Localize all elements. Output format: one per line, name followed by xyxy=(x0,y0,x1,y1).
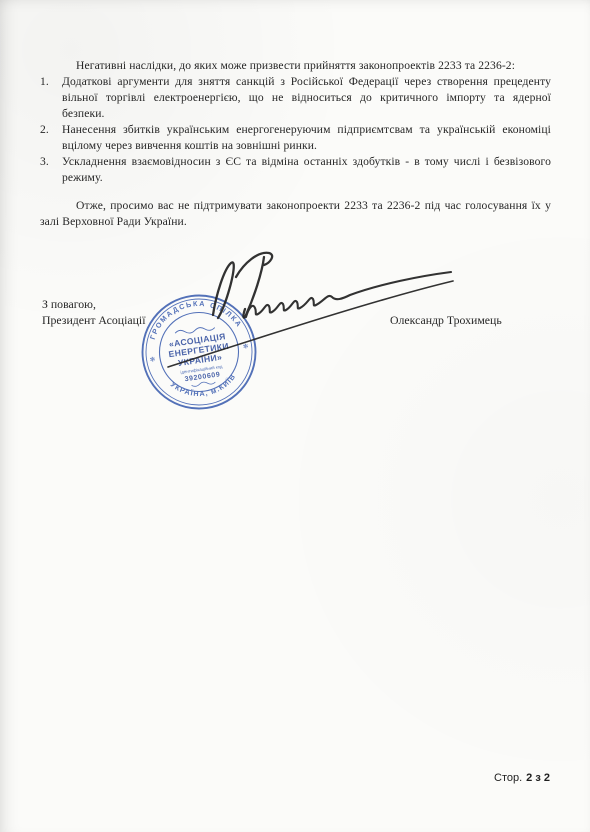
closing-paragraph: Отже, просимо вас не підтримувати законо… xyxy=(40,198,551,230)
closing-line: залі Верховної Ради України. xyxy=(40,214,551,230)
list-item-line: Ускладнення взаємовідносин з ЄС та відмі… xyxy=(62,154,551,170)
page-number-footer: Стор.2 з 2 xyxy=(494,772,550,784)
page-number-value: 2 з 2 xyxy=(526,772,550,784)
closing-line: Отже, просимо вас не підтримувати законо… xyxy=(40,198,551,214)
list-item-number: 3. xyxy=(40,154,62,186)
signoff-title: Президент Асоціації xyxy=(42,312,145,328)
scanned-letter-page: Негативні наслідки, до яких може призвес… xyxy=(0,0,590,832)
list-item-line: вцілому через вивчення коштів на зовнішн… xyxy=(62,138,551,154)
signature-initial-loop xyxy=(213,262,234,318)
signature-descender xyxy=(243,257,264,318)
handwritten-signature xyxy=(150,245,460,380)
list-item-line: безпеки. xyxy=(62,106,551,122)
letter-body: Негативні наслідки, до яких може призвес… xyxy=(40,58,551,230)
list-item: 1. Додаткові аргументи для зняття санкці… xyxy=(40,74,551,122)
list-item: 3. Ускладнення взаємовідносин з ЄС та ві… xyxy=(40,154,551,186)
signature-top-swash xyxy=(236,253,272,277)
intro-line: Негативні наслідки, до яких може призвес… xyxy=(40,58,551,74)
list-item-line: вільної торгівлі електроенергією, що не … xyxy=(62,90,551,106)
list-item-number: 1. xyxy=(40,74,62,122)
list-item: 2. Нанесення збитків українським енергог… xyxy=(40,122,551,154)
signoff-block: З повагою, Президент Асоціації xyxy=(42,296,145,328)
list-item-number: 2. xyxy=(40,122,62,154)
list-item-line: Нанесення збитків українським енергогене… xyxy=(62,122,551,138)
list-item-line: режиму. xyxy=(62,170,551,186)
signoff-regards: З повагою, xyxy=(42,296,145,312)
page-number-label: Стор. xyxy=(494,772,522,784)
signature-underline xyxy=(168,281,453,367)
list-item-line: Додаткові аргументи для зняття санкцій з… xyxy=(62,74,551,90)
